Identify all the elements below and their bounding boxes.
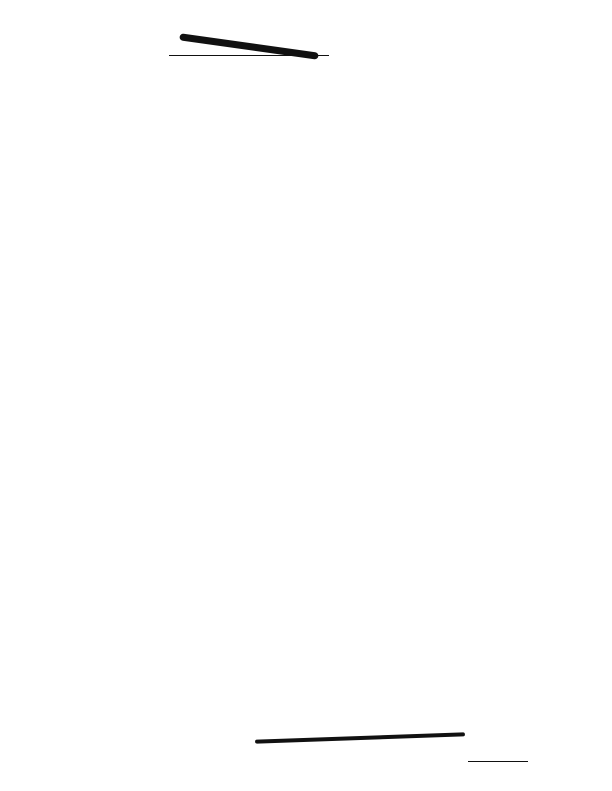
strikeout-mark	[179, 33, 319, 59]
top-border-marks	[0, 8, 612, 28]
redacted-classification-stamp	[169, 41, 329, 56]
right-border-marks	[530, 100, 570, 680]
document-page	[0, 0, 612, 791]
bottom-border-marks	[0, 766, 612, 786]
classified-by-line	[468, 761, 528, 762]
header-classification	[165, 40, 329, 58]
stamp-strike-line	[255, 732, 465, 743]
